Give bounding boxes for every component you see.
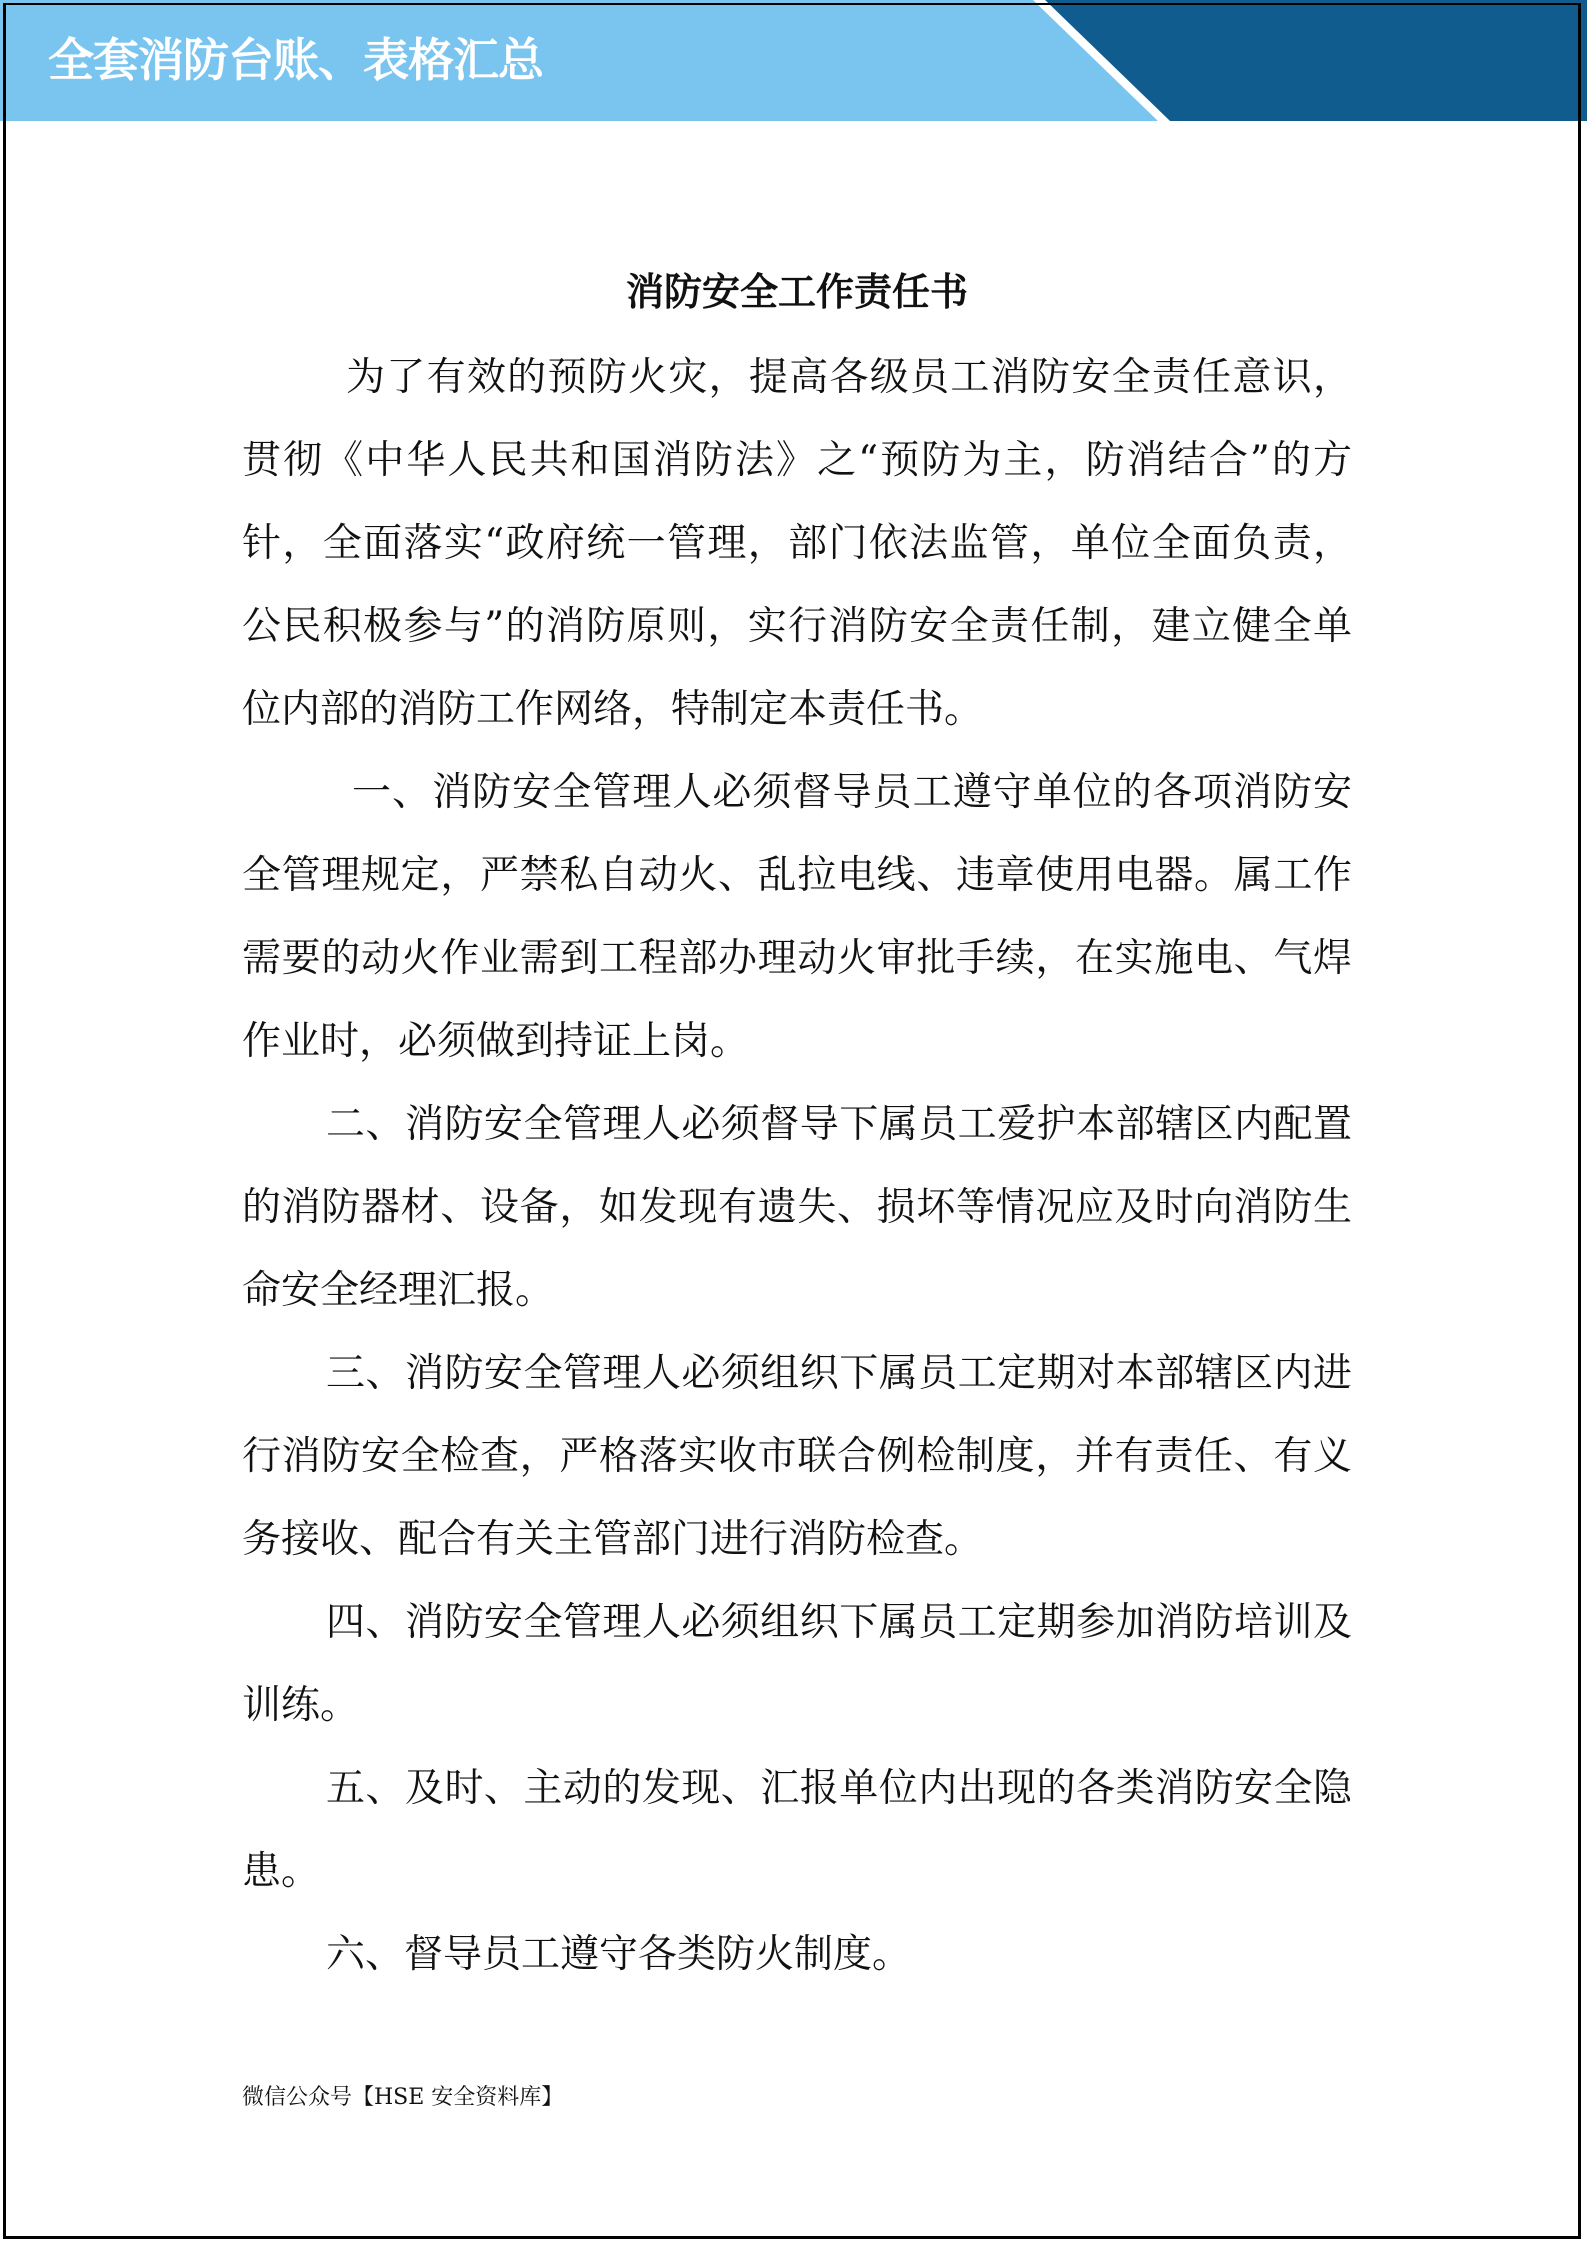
- header-banner: 全套消防台账、表格汇总: [0, 0, 1587, 121]
- paragraph-intro: 为了有效的预防火灾，提高各级员工消防安全责任意识，贯彻《中华人民共和国消防法》之…: [242, 336, 1352, 751]
- paragraph-item-4: 四、消防安全管理人必须组织下属员工定期参加消防培训及训练。: [242, 1581, 1352, 1747]
- header-title: 全套消防台账、表格汇总: [48, 30, 543, 90]
- paragraph-item-6: 六、督导员工遵守各类防火制度。: [242, 1913, 1352, 1996]
- document-title: 消防安全工作责任书: [242, 262, 1352, 322]
- paragraph-item-2: 二、消防安全管理人必须督导下属员工爱护本部辖区内配置的消防器材、设备，如发现有遗…: [242, 1083, 1352, 1332]
- document-body: 消防安全工作责任书 为了有效的预防火灾，提高各级员工消防安全责任意识，贯彻《中华…: [242, 262, 1352, 1996]
- paragraph-item-1: 一、消防安全管理人必须督导员工遵守单位的各项消防安全管理规定，严禁私自动火、乱拉…: [242, 751, 1352, 1083]
- paragraph-item-3: 三、消防安全管理人必须组织下属员工定期对本部辖区内进行消防安全检查，严格落实收市…: [242, 1332, 1352, 1581]
- footer-source-note: 微信公众号【HSE 安全资料库】: [242, 2083, 563, 2113]
- paragraph-item-5: 五、及时、主动的发现、汇报单位内出现的各类消防安全隐患。: [242, 1747, 1352, 1913]
